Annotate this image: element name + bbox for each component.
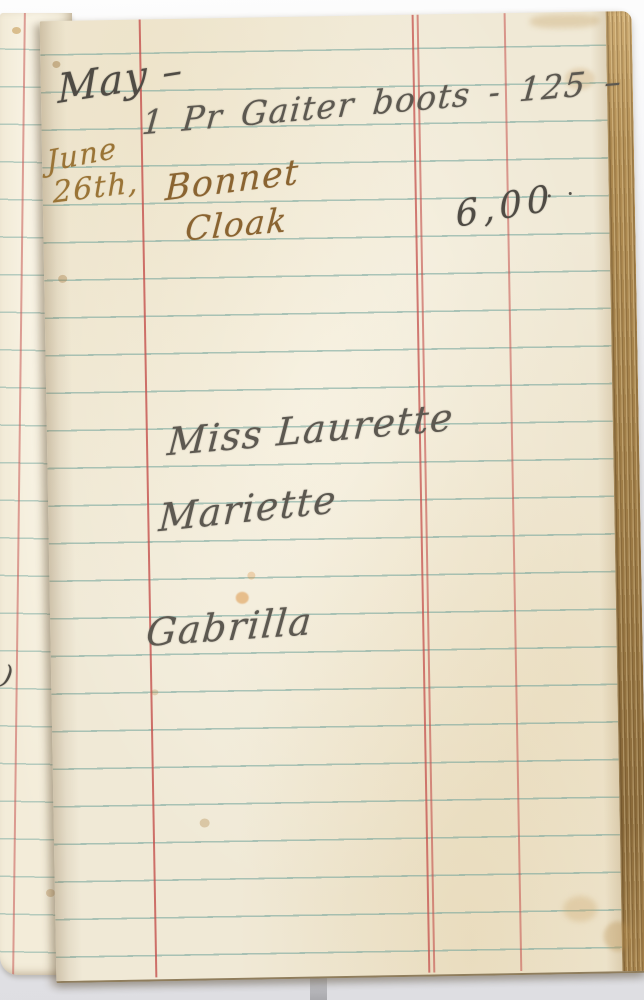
notebook-photo: ) May – 1 Pr Gaiter boots - 125 – June 2…	[0, 0, 644, 1000]
pencil-dot	[548, 194, 551, 197]
entry-item-cloak: Cloak	[184, 203, 289, 245]
age-spot	[12, 27, 21, 34]
name-gabrilla: Gabrilla	[145, 602, 315, 652]
ledger-page: May – 1 Pr Gaiter boots - 125 – June 26t…	[40, 11, 644, 983]
pencil-dot	[569, 192, 572, 195]
